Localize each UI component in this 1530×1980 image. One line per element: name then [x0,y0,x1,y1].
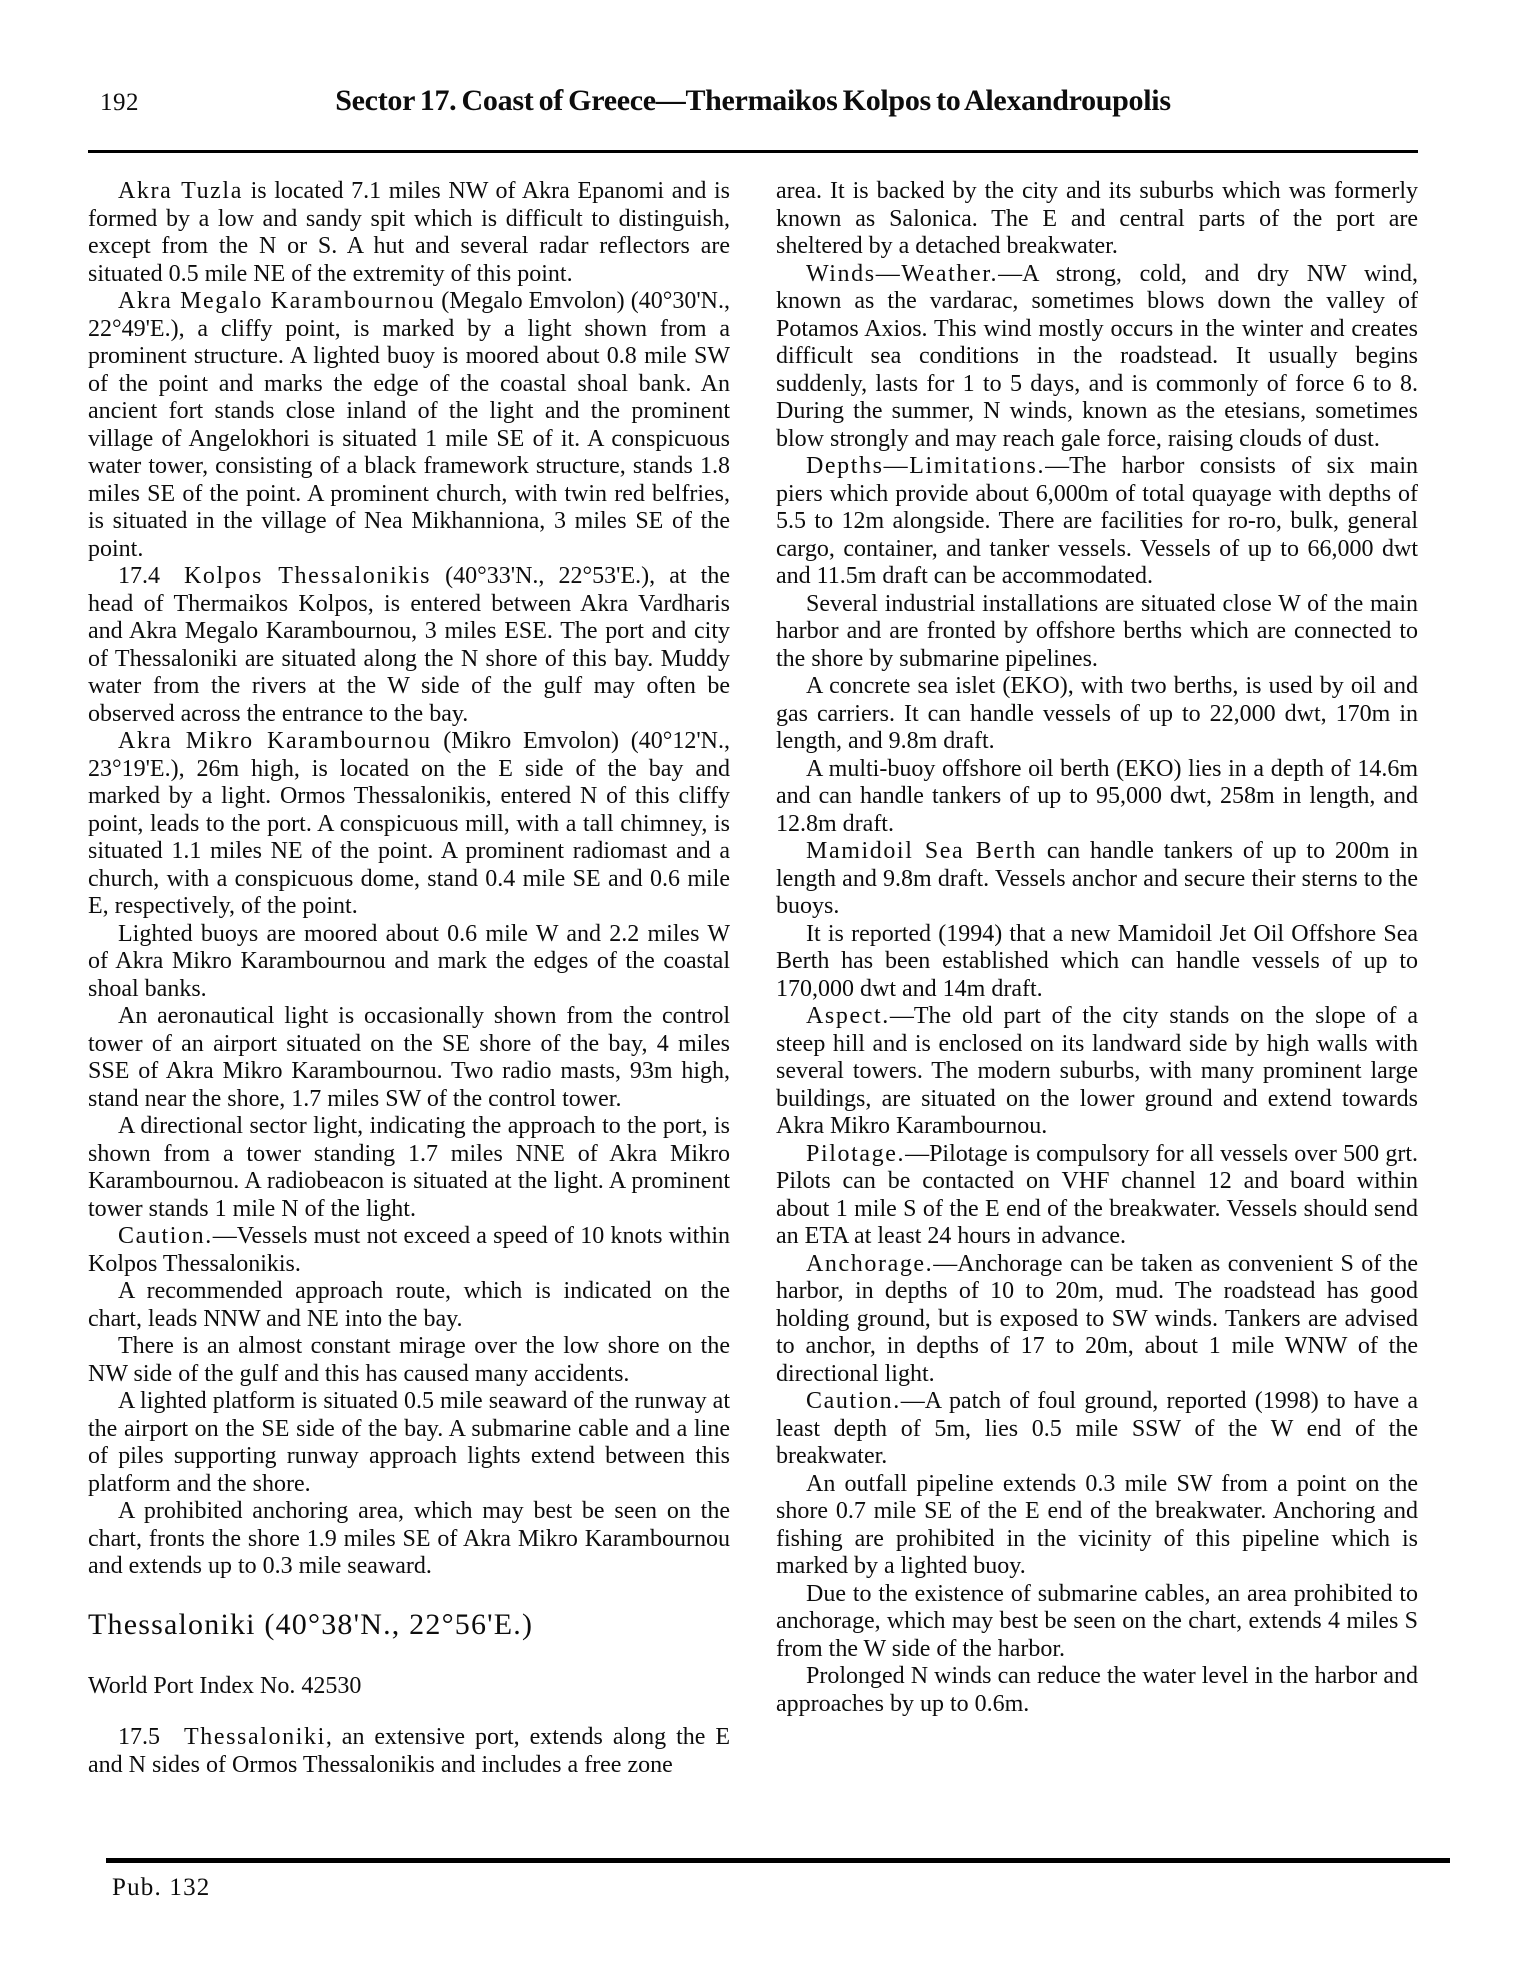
paragraph: Lighted buoys are moored about 0.6 mile … [88,921,730,1004]
paragraph: Prolonged N winds can reduce the water l… [776,1663,1418,1718]
text-run: A directional sector light, indicating t… [88,1113,730,1222]
publication-number: Pub. 132 [112,1874,211,1902]
paragraph: It is reported (1994) that a new Mamidoi… [776,921,1418,1004]
text-run: A multi-buoy offshore oil berth (EKO) li… [776,756,1418,837]
document-page: 192 Sector 17. Coast of Greece—Thermaiko… [0,0,1530,1980]
paragraph: Aspect.—The old part of the city stands … [776,1003,1418,1141]
lead-term: Depths—Limitations. [806,453,1045,479]
lead-term: Winds—Weather. [806,261,998,287]
text-run: A concrete sea islet (EKO), with two ber… [776,673,1418,754]
lead-term: Akra Mikro Karambournou [118,728,432,754]
lead-term: Pilotage. [806,1141,905,1167]
paragraph: Caution.—Vessels must not exceed a speed… [88,1223,730,1278]
paragraph: 17.5 Thessaloniki, an extensive port, ex… [88,1724,730,1779]
lead-term: Kolpos Thessalonikis [184,563,431,589]
text-run: There is an almost constant mirage over … [88,1333,730,1387]
paragraph: A concrete sea islet (EKO), with two ber… [776,673,1418,756]
paragraph: An aeronautical light is occasionally sh… [88,1003,730,1113]
paragraph: Due to the existence of submarine cables… [776,1581,1418,1664]
page-header: 192 Sector 17. Coast of Greece—Thermaiko… [88,82,1418,126]
text-run: (Megalo Emvolon) (40°30'N., 22°49'E.), a… [88,288,730,562]
port-heading: Thessaloniki (40°38'N., 22°56'E.) [88,1607,730,1643]
text-run: (Mikro Emvolon) (40°12'N., 23°19'E.), 26… [88,728,730,919]
header-rule [88,150,1418,153]
lead-term: Caution. [118,1223,213,1249]
paragraph: 17.4 Kolpos Thessalonikis (40°33'N., 22°… [88,563,730,728]
paragraph: An outfall pipeline extends 0.3 mile SW … [776,1471,1418,1581]
paragraph: Caution.—A patch of foul ground, reporte… [776,1388,1418,1471]
column-left: Akra Tuzla is located 7.1 miles NW of Ak… [88,178,730,1779]
paragraph: Anchorage.—Anchorage can be taken as con… [776,1251,1418,1389]
paragraph: Akra Tuzla is located 7.1 miles NW of Ak… [88,178,730,288]
paragraph: Winds—Weather.—A strong, cold, and dry N… [776,261,1418,454]
text-run: A prohibited anchoring area, which may b… [88,1498,730,1579]
paragraph: A lighted platform is situated 0.5 mile … [88,1388,730,1498]
page-number: 192 [100,89,139,117]
text-run: Prolonged N winds can reduce the water l… [776,1663,1418,1717]
paragraph: Several industrial installations are sit… [776,591,1418,674]
text-run: Several industrial installations are sit… [776,591,1418,672]
lead-term: Akra Megalo Karambournou [118,288,435,314]
text-run: A lighted platform is situated 0.5 mile … [88,1388,730,1497]
text-run: area. It is backed by the city and its s… [776,178,1418,259]
text-columns: Akra Tuzla is located 7.1 miles NW of Ak… [88,178,1418,1779]
text-run: 17.4 [118,563,184,589]
text-run: Lighted buoys are moored about 0.6 mile … [88,921,730,1002]
text-run: —A strong, cold, and dry NW wind, known … [776,261,1418,452]
world-port-index: World Port Index No. 42530 [88,1673,730,1701]
paragraph: A prohibited anchoring area, which may b… [88,1498,730,1581]
text-run: An aeronautical light is occasionally sh… [88,1003,730,1112]
lead-term: Mamidoil Sea Berth [806,838,1037,864]
text-run: It is reported (1994) that a new Mamidoi… [776,921,1418,1002]
paragraph: A directional sector light, indicating t… [88,1113,730,1223]
lead-term: Caution. [806,1388,901,1414]
text-run: Due to the existence of submarine cables… [776,1581,1418,1662]
column-right: area. It is backed by the city and its s… [776,178,1418,1779]
page-title: Sector 17. Coast of Greece—Thermaikos Ko… [88,82,1418,120]
paragraph: Pilotage.—Pilotage is compulsory for all… [776,1141,1418,1251]
text-run: An outfall pipeline extends 0.3 mile SW … [776,1471,1418,1580]
lead-term: Aspect. [806,1003,890,1029]
paragraph: A multi-buoy offshore oil berth (EKO) li… [776,756,1418,839]
text-run: 17.5 [118,1724,184,1750]
paragraph: Depths—Limitations.—The harbor consists … [776,453,1418,591]
paragraph: There is an almost constant mirage over … [88,1333,730,1388]
lead-term: Akra Tuzla [118,178,243,204]
paragraph: area. It is backed by the city and its s… [776,178,1418,261]
lead-term: Thessaloniki [184,1724,326,1750]
footer-rule [106,1858,1450,1863]
paragraph: Mamidoil Sea Berth can handle tankers of… [776,838,1418,921]
lead-term: Anchorage. [806,1251,933,1277]
text-run: A recommended approach route, which is i… [88,1278,730,1332]
paragraph: A recommended approach route, which is i… [88,1278,730,1333]
paragraph: Akra Mikro Karambournou (Mikro Emvolon) … [88,728,730,921]
paragraph: Akra Megalo Karambournou (Megalo Emvolon… [88,288,730,563]
